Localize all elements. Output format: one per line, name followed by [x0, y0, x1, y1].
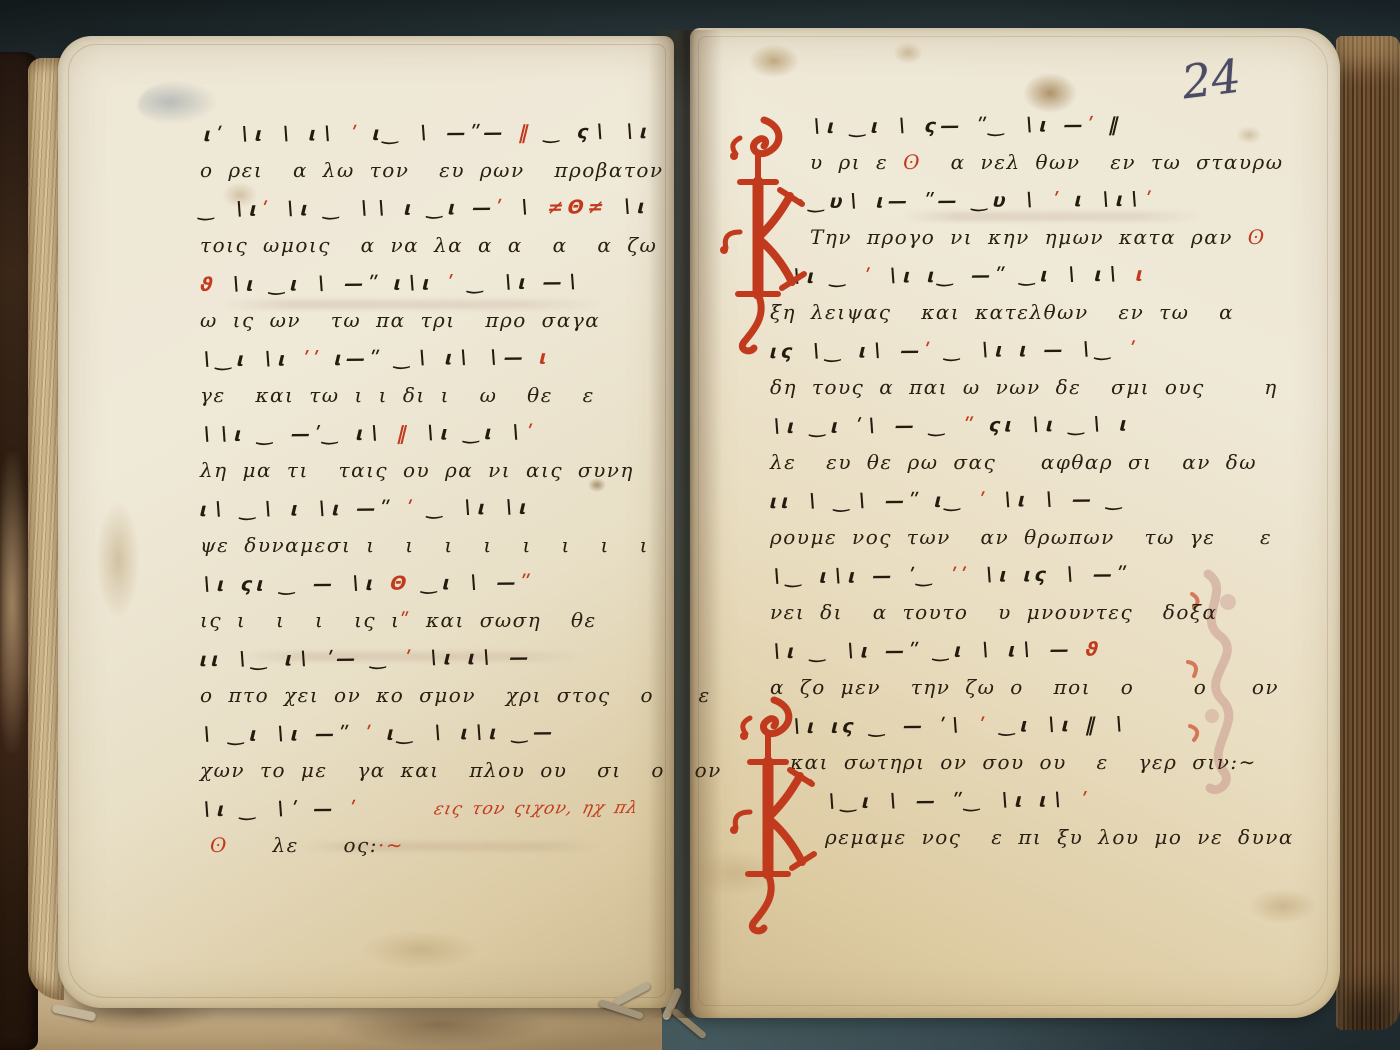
neume-line: ∖ι ις ‿ — ʹ∖ ʹ ‿ι ∖ι ‖ ∖	[786, 707, 1275, 744]
lyric-line: ʘ λε ος:·∼	[210, 833, 652, 858]
lyric-line: ρεμαμε νος ε πι ξυ λου μο νε δυνα	[825, 825, 1270, 850]
neume-line: ∖ι ‿ ∖ʹ — ʹ εις τον ςιχον, ηχ πλ	[196, 790, 657, 827]
neume-line: ιι ∖ ‿∖ —ʺ ι‿ ʹ ∖ι ∖ — ‿	[766, 482, 1275, 519]
lyric-line: υ ρι ε ʘ α νελ θων εν τω σταυρω	[810, 150, 1270, 175]
lyric-line: Την προγο νι κην ημων κατα ραν ʘ	[810, 225, 1270, 250]
page-number: 24	[1179, 49, 1244, 110]
neume-line: ‿υ∖ ι— ʺ— ‿υ ∖ ʹ ι ∖ι∖ʹ	[806, 182, 1275, 219]
lyric-line: ψε δυναμεσι ι ι ι ι ι ι ι ι	[200, 533, 652, 558]
lyric-line: νει δι α τουτο υ μνουντες δοξα	[770, 600, 1270, 625]
neume-line: ∖ι ‿ ʹ ∖ι ι‿ —ʺ ‿ι ∖ ι∖ ι	[786, 257, 1275, 294]
lyric-line: τοις ωμοις α να λα α α α α ζω	[200, 233, 652, 258]
neume-line: ‿ ∖ιʹ ∖ι ‿ ∖∖ ι ‿ι —ʹ ∖ ≠Θ≠ ∖ι	[196, 190, 657, 227]
neume-line: ∖ι ‿ι ʹ∖ — ‿ ʺ ςι ∖ι ‿∖ ι	[766, 407, 1275, 444]
lyric-line: ρουμε νος των αν θρωπων τω γε ε	[770, 525, 1270, 550]
left-page-lines: ιʹ ∖ι ∖ ι∖ ʹ ι‿ ∖ —ʺ— ‖ ‿ ς∖ ∖ιο ρει α λ…	[200, 118, 652, 868]
neume-line: ∖‿ ι∖ι — ʹ‿ ʹʹ ∖ι ις ∖ —ʺ	[766, 557, 1275, 594]
neume-line: ∖ ‿ι ∖ι —ʺ ʹ ι‿ ∖ ι∖ι ‿—	[196, 715, 657, 752]
lyric-line: ο ρει α λω τον ευ ρων προβατον	[200, 158, 652, 183]
neume-line: ις ∖‿ ι∖ —ʹ ‿ ∖ι ι — ∖‿ ʹ	[766, 332, 1275, 369]
lyric-line: α ζο μεν την ζω ο ποι ο ο ον	[770, 675, 1270, 700]
ornate-kappa-icon	[712, 112, 808, 356]
cover-blotch	[330, 1002, 550, 1048]
lyric-line: και σωτηρι ον σου ου ε γερ σιν:∼	[790, 750, 1270, 775]
ornate-initial-kappa-1	[712, 112, 808, 356]
worn-spine-patch	[0, 452, 30, 752]
neume-line: ∖ι ςι ‿ — ∖ι Θ ‿ι ∖ —ʺ	[196, 565, 657, 602]
ornate-kappa-icon	[722, 692, 818, 936]
neume-line: ιʹ ∖ι ∖ ι∖ ʹ ι‿ ∖ —ʺ— ‖ ‿ ς∖ ∖ι	[200, 115, 657, 152]
neume-line: ιι ∖‿ ι∖ ʹ— ‿ ʹ ∖ι ι∖ —	[196, 640, 657, 677]
neume-line: ∖‿ι ∖ — ʺ‿ ∖ι ι∖ ʹ	[821, 782, 1275, 819]
lyric-line: ω ις ων τω πα τρι προ σαγα	[200, 308, 652, 333]
lyric-line: χων το με γα και πλου ου σι ο ον	[200, 758, 652, 783]
lyric-line: ξη λειψας και κατελθων εν τω α	[770, 300, 1270, 325]
lyric-line: ις ι ι ι ις ιʺ και σωση θε	[200, 608, 652, 633]
neume-line: ∖‿ι ∖ι ʹʹ ι—ʺ ‿∖ ι∖ ∖— ι	[196, 340, 657, 377]
lyric-line: γε και τω ι ι δι ι ω θε ε	[200, 383, 652, 408]
manuscript-photo: 24	[0, 0, 1400, 1050]
rubric-text: εις τον ςιχον, ηχ πλ	[432, 798, 641, 819]
ornate-initial-kappa-2	[722, 692, 818, 936]
fore-edge-right	[1336, 36, 1400, 1030]
lyric-line: λε ευ θε ρω σας αφθαρ σι αν δω	[770, 450, 1270, 475]
right-page-lines: ∖ι ‿ι ∖ ς— ʺ‿ ∖ι —ʹ ‖υ ρι ε ʘ α νελ θων …	[770, 110, 1270, 860]
neume-line: ϑ ∖ι ‿ι ∖ —ʺ ι∖ι ʹ ‿ ∖ι —∖	[196, 265, 657, 302]
neume-line: ι∖ ‿∖ ι ∖ι —ʺ ʹ ‿ ∖ι ∖ι	[196, 490, 657, 527]
neume-line: ∖ι ‿ ∖ι —ʺ ‿ι ∖ ι∖ — ϑ	[766, 632, 1275, 669]
neume-line: ∖ι ‿ι ∖ ς— ʺ‿ ∖ι —ʹ ‖	[806, 107, 1275, 144]
lyric-line: λη μα τι ταις ου ρα νι αις συνη	[200, 458, 652, 483]
lyric-line: ο πτο χει ον κο σμον χρι στος ο ε	[200, 683, 652, 708]
lyric-line: δη τους α παι ω νων δε σμι ους η	[770, 375, 1270, 400]
neume-line: ∖∖ι ‿ —ʹ‿ ι∖ ‖ ∖ι ‿ι ∖ʹ	[196, 415, 657, 452]
